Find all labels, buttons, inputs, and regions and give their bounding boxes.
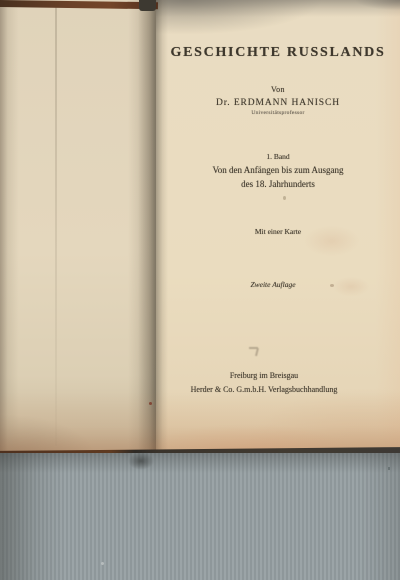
paper-speck (149, 402, 152, 405)
cloth-speck (388, 467, 390, 470)
imprint-publisher: Herder & Co. G.m.b.H. Verlagsbuchhandlun… (128, 385, 400, 394)
cloth-speck (101, 562, 104, 565)
edition-note: Zweite Auflage (146, 280, 400, 289)
gutter-top-notch (139, 0, 156, 11)
gutter-bottom-shadow (128, 452, 154, 470)
book-title: GESCHICHTE RUSSLANDS (156, 45, 400, 61)
author-name: Dr. ERDMANN HANISCH (156, 98, 400, 108)
printed-text: GESCHICHTE RUSSLANDS Von Dr. ERDMANN HAN… (156, 0, 400, 455)
volume-number: 1. Band (156, 152, 400, 161)
page-crease-line (55, 6, 57, 446)
imprint-place: Freiburg im Breisgau (128, 371, 400, 380)
volume-subtitle-line1: Von den Anfängen bis zum Ausgang (156, 165, 400, 175)
cloth-cover-bottom (0, 453, 400, 580)
author-role: Universitätsprofessor (156, 110, 400, 116)
book-title-page-photo: GESCHICHTE RUSSLANDS Von Dr. ERDMANN HAN… (0, 0, 400, 580)
byline-label: Von (156, 85, 400, 94)
volume-subtitle-line2: des 18. Jahrhunderts (156, 179, 400, 189)
map-note: Mit einer Karte (156, 227, 400, 236)
